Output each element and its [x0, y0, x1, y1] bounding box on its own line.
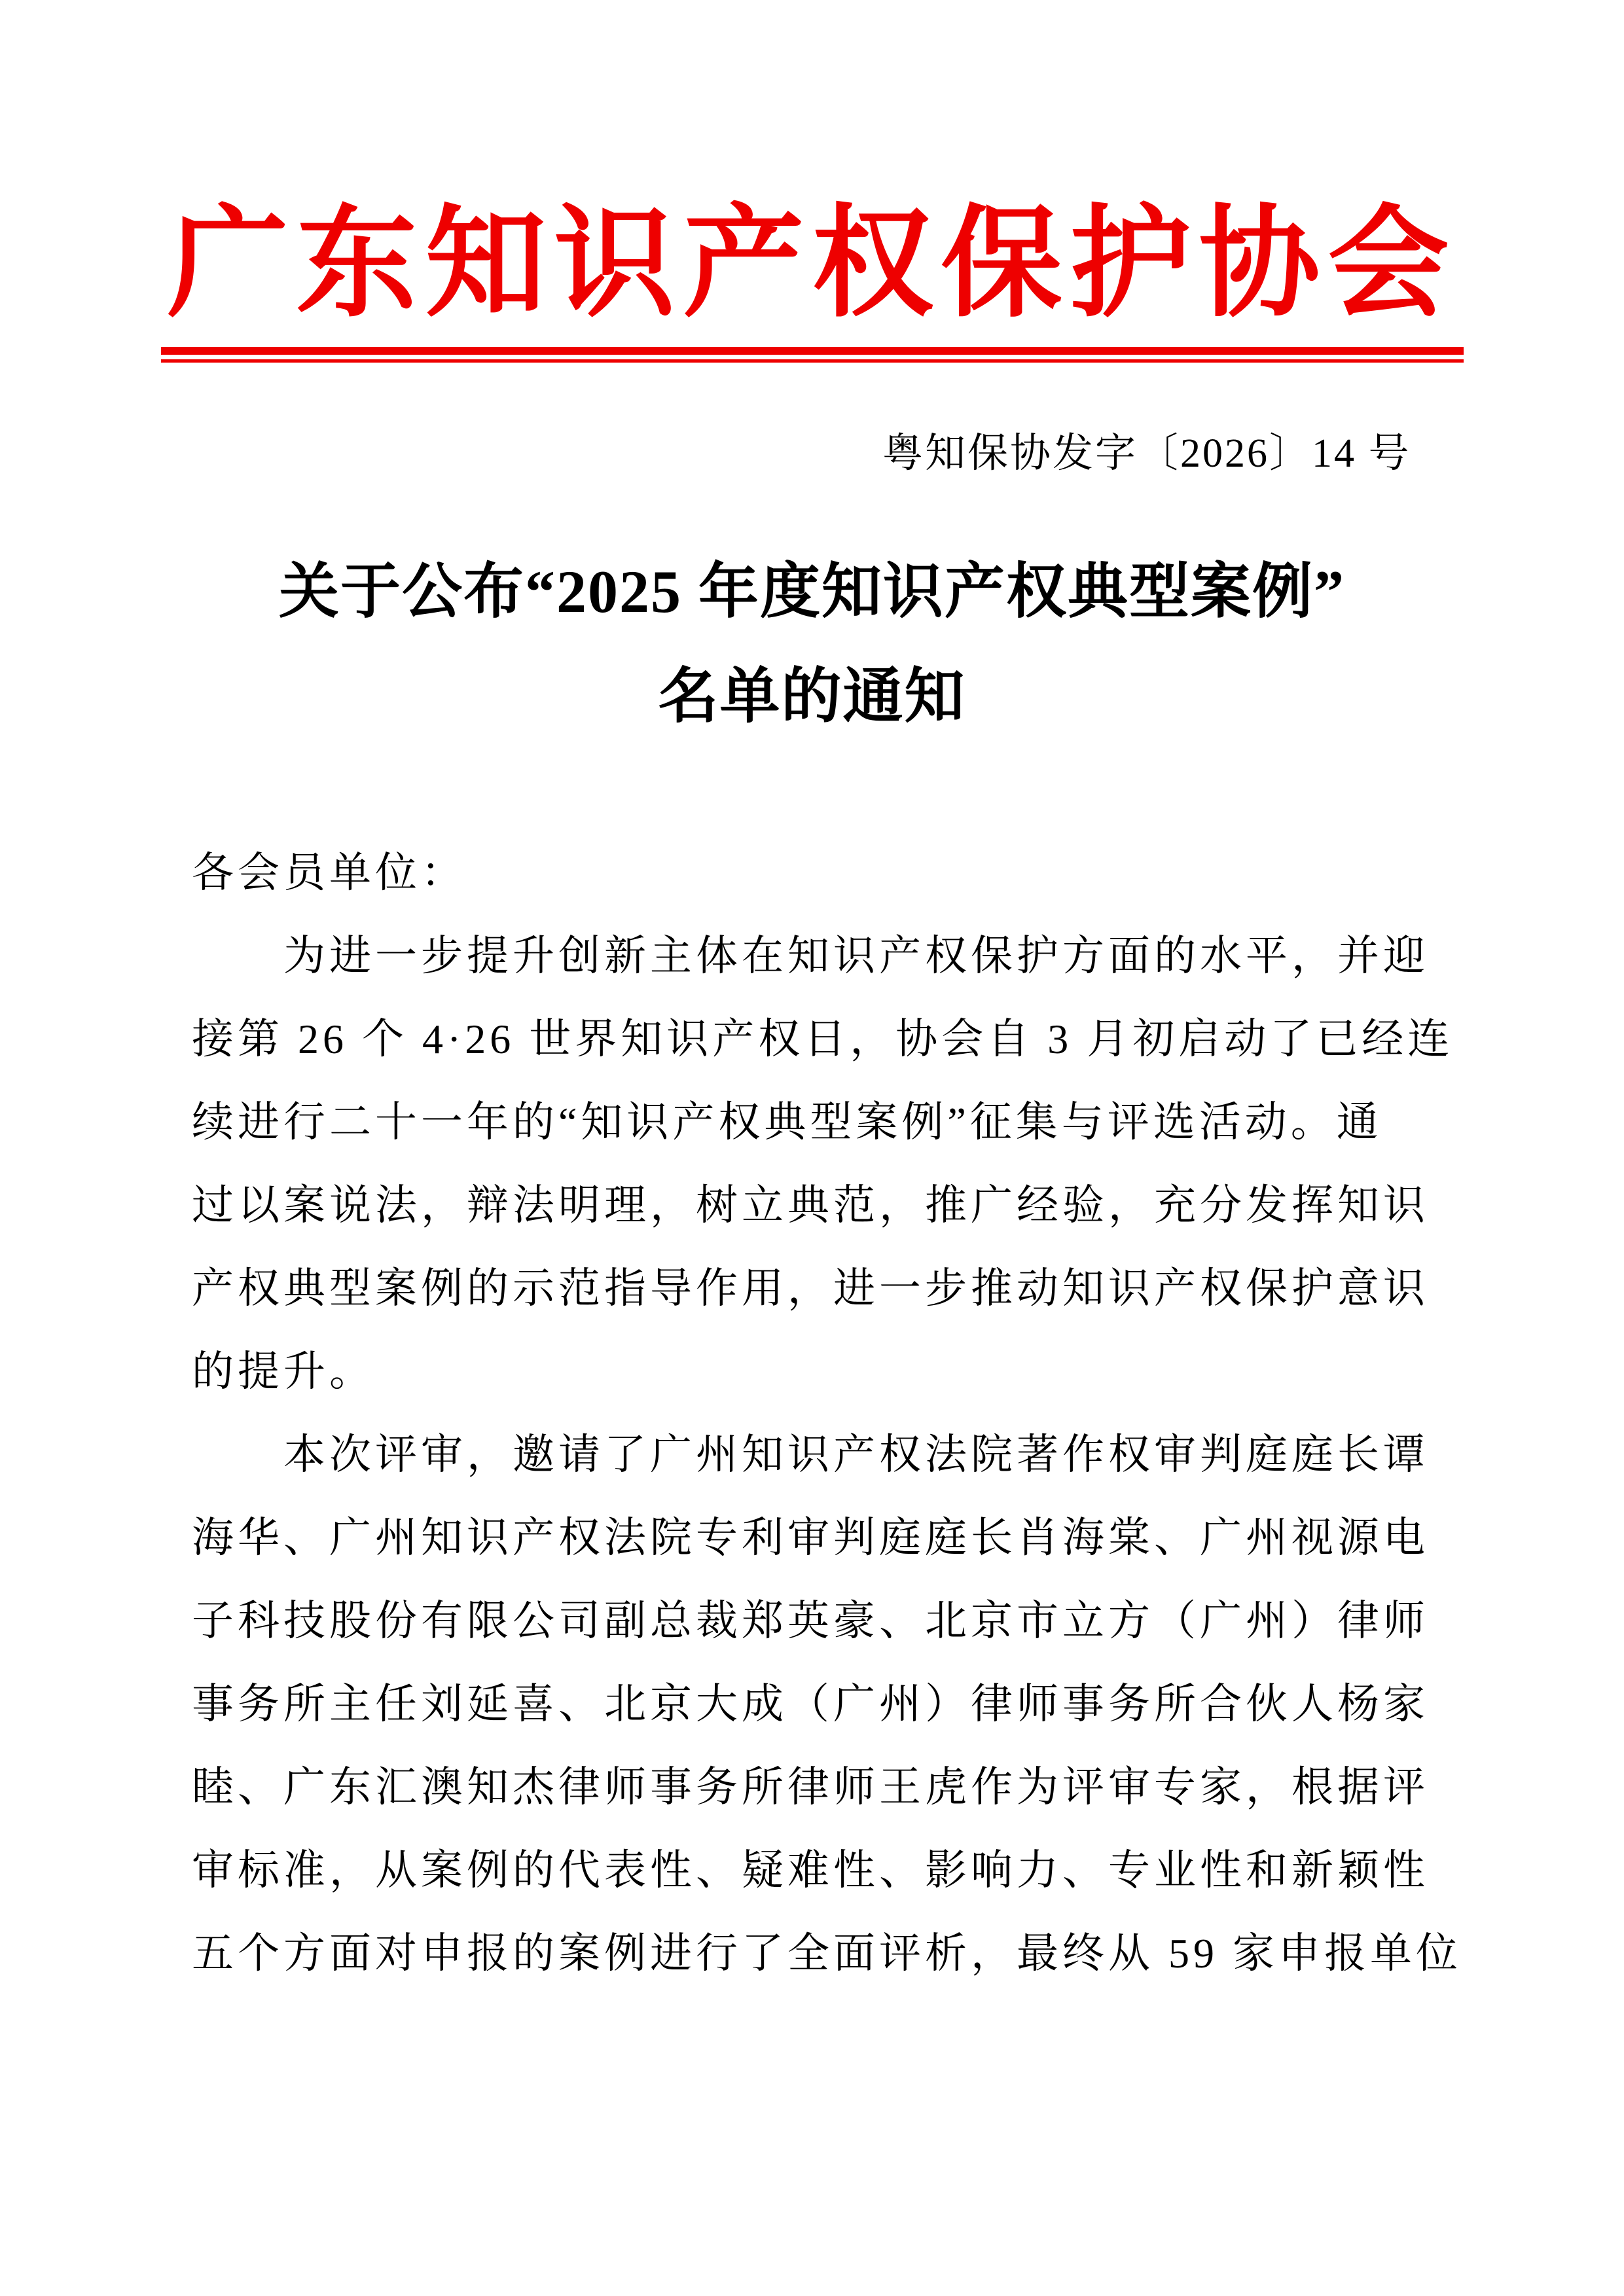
- doc-reference-number: 粤知保协发字〔2026〕14 号: [161, 431, 1464, 476]
- body-line: 事务所主任刘延喜、北京大成（广州）律师事务所合伙人杨家: [192, 1662, 1432, 1746]
- document-page: 广东知识产权保护协会 粤知保协发字〔2026〕14 号 关于公布“2025 年度…: [0, 0, 1624, 2296]
- body-line: 产权典型案例的示范指导作用，进一步推动知识产权保护意识: [192, 1247, 1432, 1330]
- red-rule-thick: [161, 347, 1464, 355]
- paragraph-2: 本次评审，邀请了广州知识产权法院著作权审判庭庭长谭海华、广州知识产权法院专利审判…: [192, 1413, 1432, 1995]
- doc-title-line1: 关于公布“2025 年度知识产权典型案例”: [0, 539, 1624, 644]
- body-line: 本次评审，邀请了广州知识产权法院著作权审判庭庭长谭: [192, 1413, 1432, 1496]
- doc-title-line2: 名单的通知: [0, 644, 1624, 749]
- body-line: 审标准，从案例的代表性、疑难性、影响力、专业性和新颖性: [192, 1829, 1432, 1912]
- salutation: 各会员单位：: [192, 831, 1432, 914]
- body-line: 五个方面对申报的案例进行了全面评析，最终从 59 家申报单位: [192, 1912, 1432, 1995]
- red-rule-gap: [161, 355, 1464, 359]
- body-line: 子科技股份有限公司副总裁郑英豪、北京市立方（广州）律师: [192, 1579, 1432, 1662]
- paragraph-1: 为进一步提升创新主体在知识产权保护方面的水平，并迎接第 26 个 4·26 世界…: [192, 914, 1432, 1413]
- body-line: 睦、广东汇澳知杰律师事务所律师王虎作为评审专家，根据评: [192, 1746, 1432, 1829]
- doc-title: 关于公布“2025 年度知识产权典型案例” 名单的通知: [0, 539, 1624, 749]
- body-line: 海华、广州知识产权法院专利审判庭庭长肖海棠、广州视源电: [192, 1496, 1432, 1579]
- body-line: 为进一步提升创新主体在知识产权保护方面的水平，并迎: [192, 914, 1432, 997]
- body-line: 过以案说法，辩法明理，树立典范，推广经验，充分发挥知识: [192, 1164, 1432, 1247]
- red-rule-thin: [161, 359, 1464, 363]
- document-body: 各会员单位： 为进一步提升创新主体在知识产权保护方面的水平，并迎接第 26 个 …: [192, 831, 1432, 1995]
- org-masthead-title: 广东知识产权保护协会: [0, 203, 1624, 327]
- red-double-rule: [161, 347, 1464, 363]
- body-line: 续进行二十一年的“知识产权典型案例”征集与评选活动。通: [192, 1081, 1432, 1164]
- body-line: 的提升。: [192, 1330, 1432, 1413]
- body-line: 接第 26 个 4·26 世界知识产权日，协会自 3 月初启动了已经连: [192, 997, 1432, 1081]
